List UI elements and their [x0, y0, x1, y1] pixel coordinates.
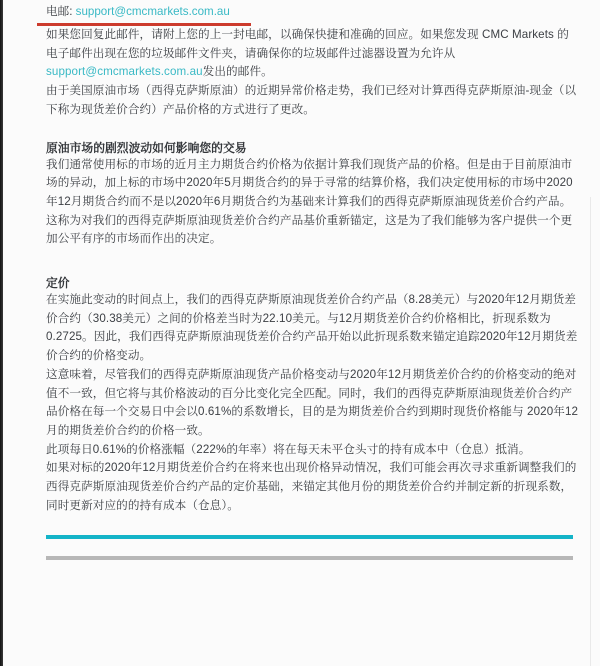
tracking-paragraph: 这意味着，尽管我们的西得克萨斯原油现货产品价格变动与2020年12月期货差价合约…	[46, 366, 580, 441]
teal-divider	[46, 535, 573, 539]
gray-divider	[46, 556, 573, 560]
email-label: 电邮:	[46, 5, 72, 18]
inline-email-link[interactable]: support@cmcmarkets.com.au	[46, 65, 203, 78]
impact-section-heading: 原油市场的剧烈波动如何影响您的交易	[46, 141, 580, 156]
window-left-edge	[0, 0, 3, 666]
email-body: 电邮: support@cmcmarkets.com.au 如果您回复此邮件，请…	[46, 0, 580, 560]
holding-cost-paragraph: 此项每日0.61%的价格涨幅（222%的年率）将在每天未平仓头寸的持有成本中（仓…	[46, 441, 580, 460]
future-adjustment-paragraph: 如果对标的2020年12月期货差价合约在将来也出现价格异动情况，我们可能会再次寻…	[46, 459, 580, 515]
reply-instructions-text-pre: 如果您回复此邮件，请附上您的上一封电邮，以确保快捷和准确的回应。如果您发现 CM…	[46, 28, 569, 60]
content-right-border	[590, 197, 591, 666]
pricing-section-heading: 定价	[46, 276, 580, 291]
sender-email-line: 电邮: support@cmcmarkets.com.au	[46, 0, 580, 19]
intro-paragraph: 由于美国原油市场（西得克萨斯原油）的近期异常价格走势，我们已经对计算西得克萨斯原…	[46, 82, 580, 119]
impact-paragraph: 我们通常使用标的市场的近月主力期货合约价格为依据计算我们现货产品的价格。但是由于…	[46, 156, 580, 250]
pricing-paragraph: 在实施此变动的时间点上，我们的西得克萨斯原油现货差价合约产品（8.28美元）与2…	[46, 291, 580, 366]
sender-email-link[interactable]: support@cmcmarkets.com.au	[76, 5, 230, 18]
reply-instructions-paragraph: 如果您回复此邮件，请附上您的上一封电邮，以确保快捷和准确的回应。如果您发现 CM…	[46, 26, 580, 82]
reply-instructions-text-post: 发出的邮件。	[203, 65, 273, 78]
